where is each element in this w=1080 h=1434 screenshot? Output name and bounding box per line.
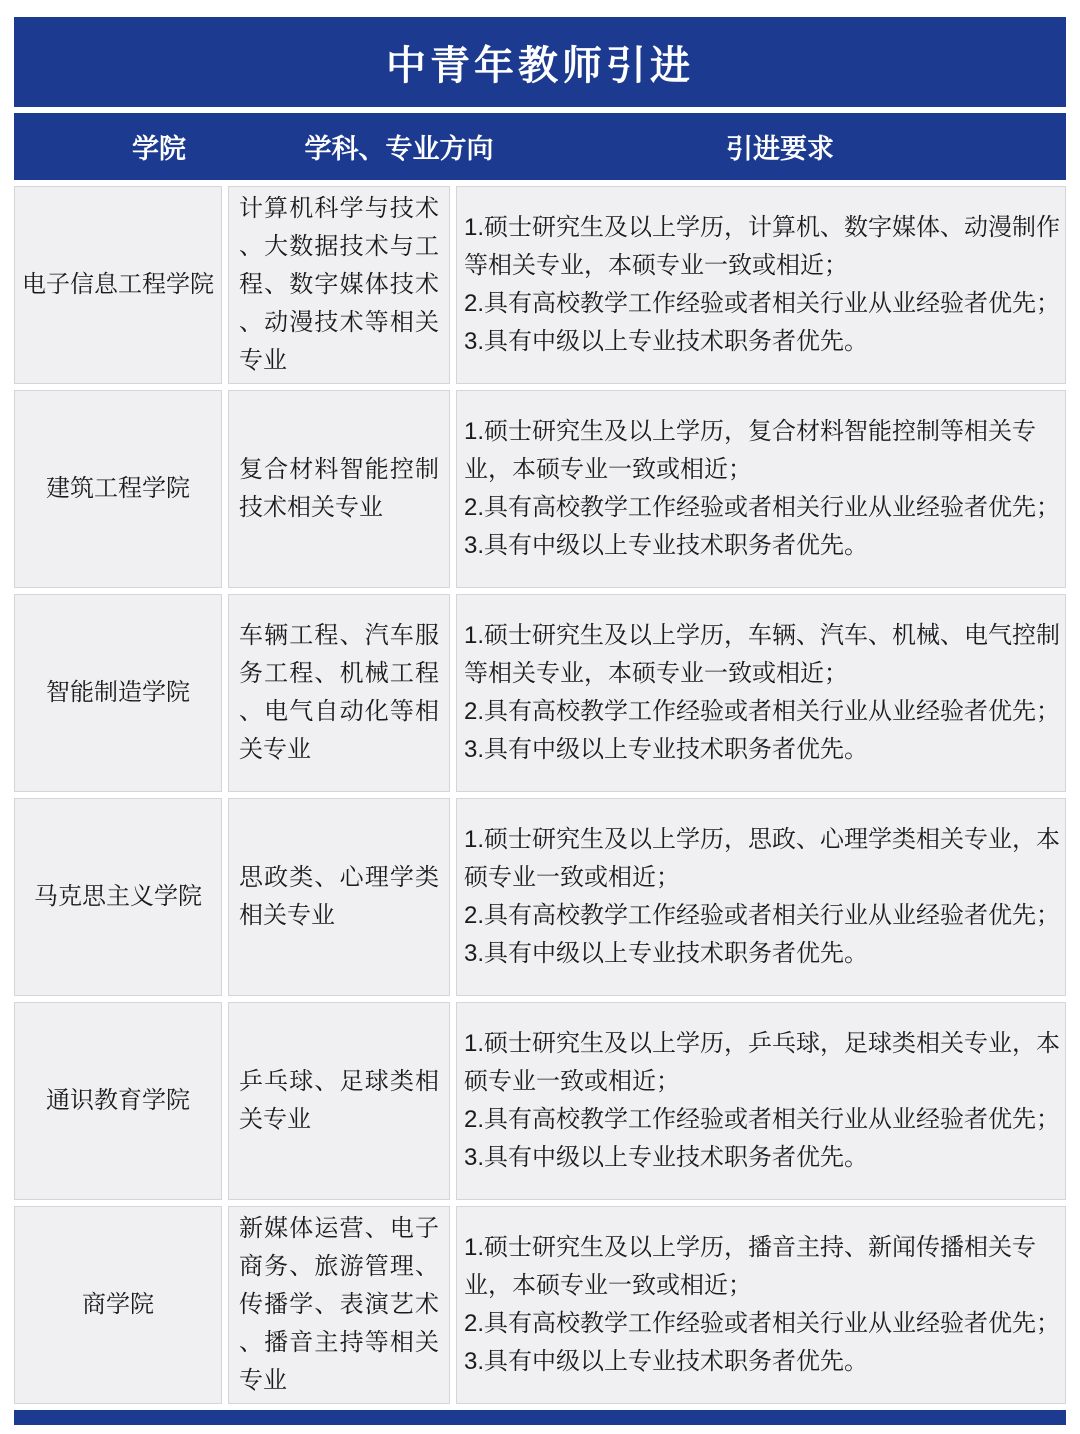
requirement-line: 3.具有中级以上专业技术职务者优先。 (464, 731, 1061, 769)
recruitment-table-page: 中青年教师引进 学院 学科、专业方向 引进要求 电子信息工程学院 计算机科学与技… (0, 0, 1080, 1434)
majors-cell: 复合材料智能控制技术相关专业 (228, 390, 450, 588)
requirements-cell: 1.硕士研究生及以上学历，计算机、数字媒体、动漫制作等相关专业，本硕专业一致或相… (456, 186, 1066, 384)
college-cell: 马克思主义学院 (14, 798, 222, 996)
majors-cell: 计算机科学与技术、大数据技术与工程、数字媒体技术、动漫技术等相关专业 (228, 186, 450, 384)
requirements-cell: 1.硕士研究生及以上学历，乒乓球，足球类相关专业，本硕专业一致或相近； 2.具有… (456, 1002, 1066, 1200)
requirement-line: 1.硕士研究生及以上学历，乒乓球，足球类相关专业，本硕专业一致或相近； (464, 1025, 1061, 1101)
requirement-line: 2.具有高校教学工作经验或者相关行业从业经验者优先； (464, 285, 1061, 323)
majors-cell: 思政类、心理学类相关专业 (228, 798, 450, 996)
college-cell: 智能制造学院 (14, 594, 222, 792)
requirement-line: 1.硕士研究生及以上学历，思政、心理学类相关专业，本硕专业一致或相近； (464, 821, 1061, 897)
college-name: 智能制造学院 (42, 676, 194, 710)
requirement-line: 2.具有高校教学工作经验或者相关行业从业经验者优先； (464, 897, 1061, 935)
college-cell: 通识教育学院 (14, 1002, 222, 1200)
requirement-line: 1.硕士研究生及以上学历，播音主持、新闻传播相关专业，本硕专业一致或相近； (464, 1229, 1061, 1305)
requirement-line: 3.具有中级以上专业技术职务者优先。 (464, 1139, 1061, 1177)
column-header-majors: 学科、专业方向 (304, 127, 494, 166)
requirement-line: 1.硕士研究生及以上学历，计算机、数字媒体、动漫制作等相关专业，本硕专业一致或相… (464, 209, 1061, 285)
college-cell: 商学院 (14, 1206, 222, 1404)
requirement-line: 2.具有高校教学工作经验或者相关行业从业经验者优先； (464, 693, 1061, 731)
requirement-line: 3.具有中级以上专业技术职务者优先。 (464, 323, 1061, 361)
college-name: 电子信息工程学院 (18, 268, 218, 302)
majors-text: 思政类、心理学类相关专业 (239, 859, 439, 935)
requirements-cell: 1.硕士研究生及以上学历，复合材料智能控制等相关专业，本硕专业一致或相近； 2.… (456, 390, 1066, 588)
requirements-cell: 1.硕士研究生及以上学历，思政、心理学类相关专业，本硕专业一致或相近； 2.具有… (456, 798, 1066, 996)
majors-text: 车辆工程、汽车服务工程、机械工程、电气自动化等相关专业 (239, 617, 439, 769)
college-cell: 电子信息工程学院 (14, 186, 222, 384)
majors-cell: 车辆工程、汽车服务工程、机械工程、电气自动化等相关专业 (228, 594, 450, 792)
majors-cell: 新媒体运营、电子商务、旅游管理、传播学、表演艺术、播音主持等相关专业 (228, 1206, 450, 1404)
majors-cell: 乒乓球、足球类相关专业 (228, 1002, 450, 1200)
majors-text: 复合材料智能控制技术相关专业 (239, 451, 439, 527)
majors-text: 新媒体运营、电子商务、旅游管理、传播学、表演艺术、播音主持等相关专业 (239, 1210, 439, 1400)
footer-accent-bar (14, 1410, 1066, 1425)
college-name: 通识教育学院 (42, 1084, 194, 1118)
requirement-line: 2.具有高校教学工作经验或者相关行业从业经验者优先； (464, 1101, 1061, 1139)
table-body: 电子信息工程学院 计算机科学与技术、大数据技术与工程、数字媒体技术、动漫技术等相… (14, 186, 1066, 1404)
page-title: 中青年教师引进 (386, 34, 694, 91)
college-name: 建筑工程学院 (42, 472, 194, 506)
requirement-line: 1.硕士研究生及以上学历，车辆、汽车、机械、电气控制等相关专业，本硕专业一致或相… (464, 617, 1061, 693)
college-cell: 建筑工程学院 (14, 390, 222, 588)
requirement-line: 2.具有高校教学工作经验或者相关行业从业经验者优先； (464, 489, 1061, 527)
column-header-college: 学院 (14, 127, 304, 166)
requirement-line: 3.具有中级以上专业技术职务者优先。 (464, 935, 1061, 973)
requirement-line: 3.具有中级以上专业技术职务者优先。 (464, 1343, 1061, 1381)
column-header-requirements: 引进要求 (494, 127, 1066, 166)
requirements-cell: 1.硕士研究生及以上学历，车辆、汽车、机械、电气控制等相关专业，本硕专业一致或相… (456, 594, 1066, 792)
requirements-cell: 1.硕士研究生及以上学历，播音主持、新闻传播相关专业，本硕专业一致或相近； 2.… (456, 1206, 1066, 1404)
majors-text: 计算机科学与技术、大数据技术与工程、数字媒体技术、动漫技术等相关专业 (239, 190, 439, 380)
table-title-banner: 中青年教师引进 (14, 17, 1066, 107)
requirement-line: 3.具有中级以上专业技术职务者优先。 (464, 527, 1061, 565)
table-header-row: 学院 学科、专业方向 引进要求 (14, 113, 1066, 180)
requirement-line: 2.具有高校教学工作经验或者相关行业从业经验者优先； (464, 1305, 1061, 1343)
requirement-line: 1.硕士研究生及以上学历，复合材料智能控制等相关专业，本硕专业一致或相近； (464, 413, 1061, 489)
majors-text: 乒乓球、足球类相关专业 (239, 1063, 439, 1139)
college-name: 商学院 (78, 1288, 158, 1322)
college-name: 马克思主义学院 (30, 880, 206, 914)
